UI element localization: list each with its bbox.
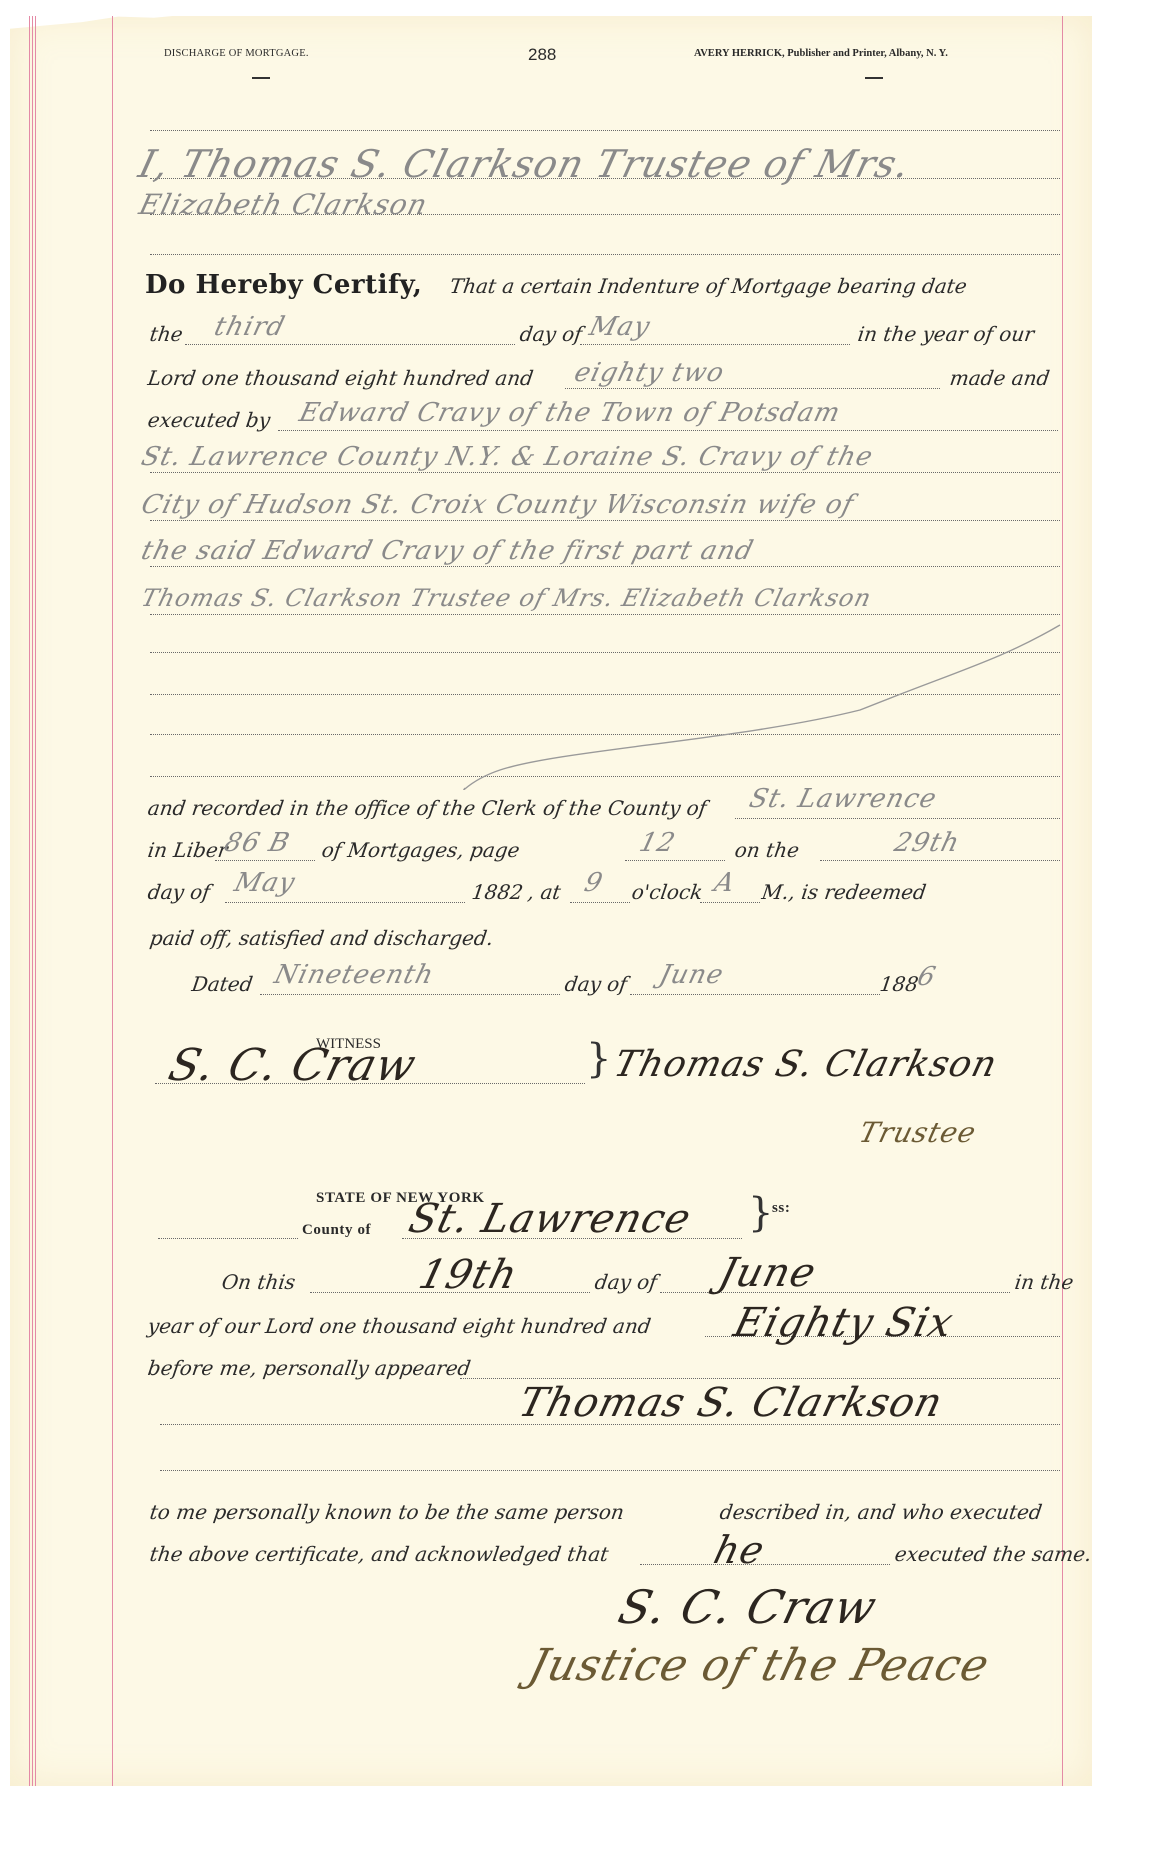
publisher-line: AVERY HERRICK, Publisher and Printer, Al… xyxy=(694,48,948,59)
fill-line xyxy=(150,472,1060,473)
year-prefix-b: Lord one thousand eight hundred and xyxy=(146,366,535,390)
mortgage-month-value: May xyxy=(586,312,653,342)
recording-county-value: St. Lawrence xyxy=(746,784,940,814)
margin-rule xyxy=(112,16,113,1786)
party-line-3: City of Hudson St. Croix County Wisconsi… xyxy=(138,490,857,520)
fill-line xyxy=(565,388,940,389)
ack-county-value: St. Lawrence xyxy=(404,1196,696,1242)
dated-label: Dated xyxy=(190,972,254,996)
page-number: 288 xyxy=(528,45,556,65)
year-prefix-a: in the year of our xyxy=(856,322,1035,346)
form-title: DISCHARGE OF MORTGAGE. xyxy=(164,48,309,59)
cancel-stroke xyxy=(440,620,1080,790)
before-me-label: before me, personally appeared xyxy=(146,1356,472,1380)
fill-line xyxy=(278,430,1058,431)
publisher-underline xyxy=(865,77,883,79)
fill-line xyxy=(460,1378,1060,1379)
fill-line xyxy=(700,902,760,903)
fill-line xyxy=(735,818,1060,819)
fill-line xyxy=(820,860,1060,861)
liber-value: 86 B xyxy=(221,828,293,858)
mortgage-year-value: eighty two xyxy=(571,358,727,388)
title-underline xyxy=(252,77,270,79)
dated-month-value: June xyxy=(656,960,727,990)
oclock-label: o'clock xyxy=(630,880,704,904)
ack-day-value: 19th xyxy=(414,1252,522,1298)
made-and-label: made and xyxy=(948,366,1051,390)
fill-line xyxy=(150,254,1060,255)
dated-day-of-label: day of xyxy=(563,972,628,996)
fill-line xyxy=(660,1292,1010,1293)
of-mortgages-page-label: of Mortgages, page xyxy=(320,838,521,862)
party-line-5: Thomas S. Clarkson Trustee of Mrs. Eliza… xyxy=(139,584,875,612)
recorded-text: and recorded in the office of the Clerk … xyxy=(146,796,708,820)
ss-label: ss: xyxy=(772,1200,790,1217)
margin-rule xyxy=(1062,16,1063,1786)
day-of-label: day of xyxy=(518,322,583,346)
signer-signature: Thomas S. Clarkson xyxy=(610,1044,1002,1085)
witness-signature: S. C. Craw xyxy=(164,1040,422,1091)
fill-line xyxy=(150,130,1060,131)
paid-off-text: paid off, satisfied and discharged. xyxy=(148,926,495,950)
day-of-label: day of xyxy=(146,880,211,904)
fill-line xyxy=(160,1470,1060,1471)
appeared-name: Thomas S. Clarkson xyxy=(514,1380,947,1426)
ack-day-of-label: day of xyxy=(593,1270,658,1294)
fill-line xyxy=(225,902,465,903)
margin-rule xyxy=(35,16,36,1786)
certify-intro: That a certain Indenture of Mortgage bea… xyxy=(448,274,968,298)
in-liber-label: in Liber xyxy=(146,838,229,862)
fill-line xyxy=(625,860,725,861)
fill-line xyxy=(150,614,1060,615)
party-line-4: the said Edward Cravy of the first part … xyxy=(138,536,757,566)
party-line-2: St. Lawrence County N.Y. & Loraine S. Cr… xyxy=(138,442,876,472)
ack-year-text: year of our Lord one thousand eight hund… xyxy=(146,1314,652,1338)
mortgage-day-value: third xyxy=(211,312,288,342)
in-the-label: in the xyxy=(1013,1270,1075,1294)
signer-title: Trustee xyxy=(856,1116,980,1149)
redeemed-label: M., is redeemed xyxy=(760,880,927,904)
ss-brace: } xyxy=(748,1190,773,1236)
signature-brace: } xyxy=(586,1036,611,1082)
certify-heading: Do Hereby Certify, xyxy=(145,270,422,300)
county-label: County of xyxy=(302,1222,371,1239)
recording-month-value: May xyxy=(231,868,298,898)
margin-rule xyxy=(29,16,30,1786)
fill-line xyxy=(630,994,880,995)
party-line-1: Edward Cravy of the Town of Potsdam xyxy=(296,398,844,428)
on-the-label: on the xyxy=(733,838,800,862)
fill-line xyxy=(185,344,515,345)
the-label: the xyxy=(148,322,184,346)
certifier-name-line1: I, Thomas S. Clarkson Trustee of Mrs. xyxy=(135,142,915,186)
dated-day-value: Nineteenth xyxy=(271,960,437,990)
certifier-name-line2: Elizabeth Clarkson xyxy=(136,188,431,221)
at-label: , at xyxy=(526,880,562,904)
certificate-text: the above certificate, and acknowledged … xyxy=(148,1542,610,1566)
fill-line xyxy=(215,860,315,861)
justice-signature: S. C. Craw xyxy=(613,1580,882,1634)
executed-same-text: executed the same. xyxy=(893,1542,1093,1566)
recording-date-value: 29th xyxy=(891,828,963,858)
on-this-label: On this xyxy=(220,1270,297,1294)
page-value: 12 xyxy=(636,828,679,858)
fill-line xyxy=(580,344,850,345)
described-text: described in, and who executed xyxy=(718,1500,1043,1524)
fill-line xyxy=(570,902,630,903)
fill-line xyxy=(150,566,1060,567)
fill-line xyxy=(260,994,560,995)
dated-year-prefix: 188 xyxy=(878,972,920,996)
recording-year-value: 1882 xyxy=(470,880,524,904)
known-text: to me personally known to be the same pe… xyxy=(148,1500,625,1524)
ack-month-value: June xyxy=(714,1250,821,1296)
fill-line xyxy=(158,1238,298,1239)
justice-title: Justice of the Peace xyxy=(524,1640,995,1691)
ack-year-value: Eighty Six xyxy=(729,1300,958,1346)
margin-rule xyxy=(32,16,33,1786)
fill-line xyxy=(640,1564,890,1565)
fill-line xyxy=(150,520,1060,521)
executed-by-label: executed by xyxy=(146,408,272,432)
